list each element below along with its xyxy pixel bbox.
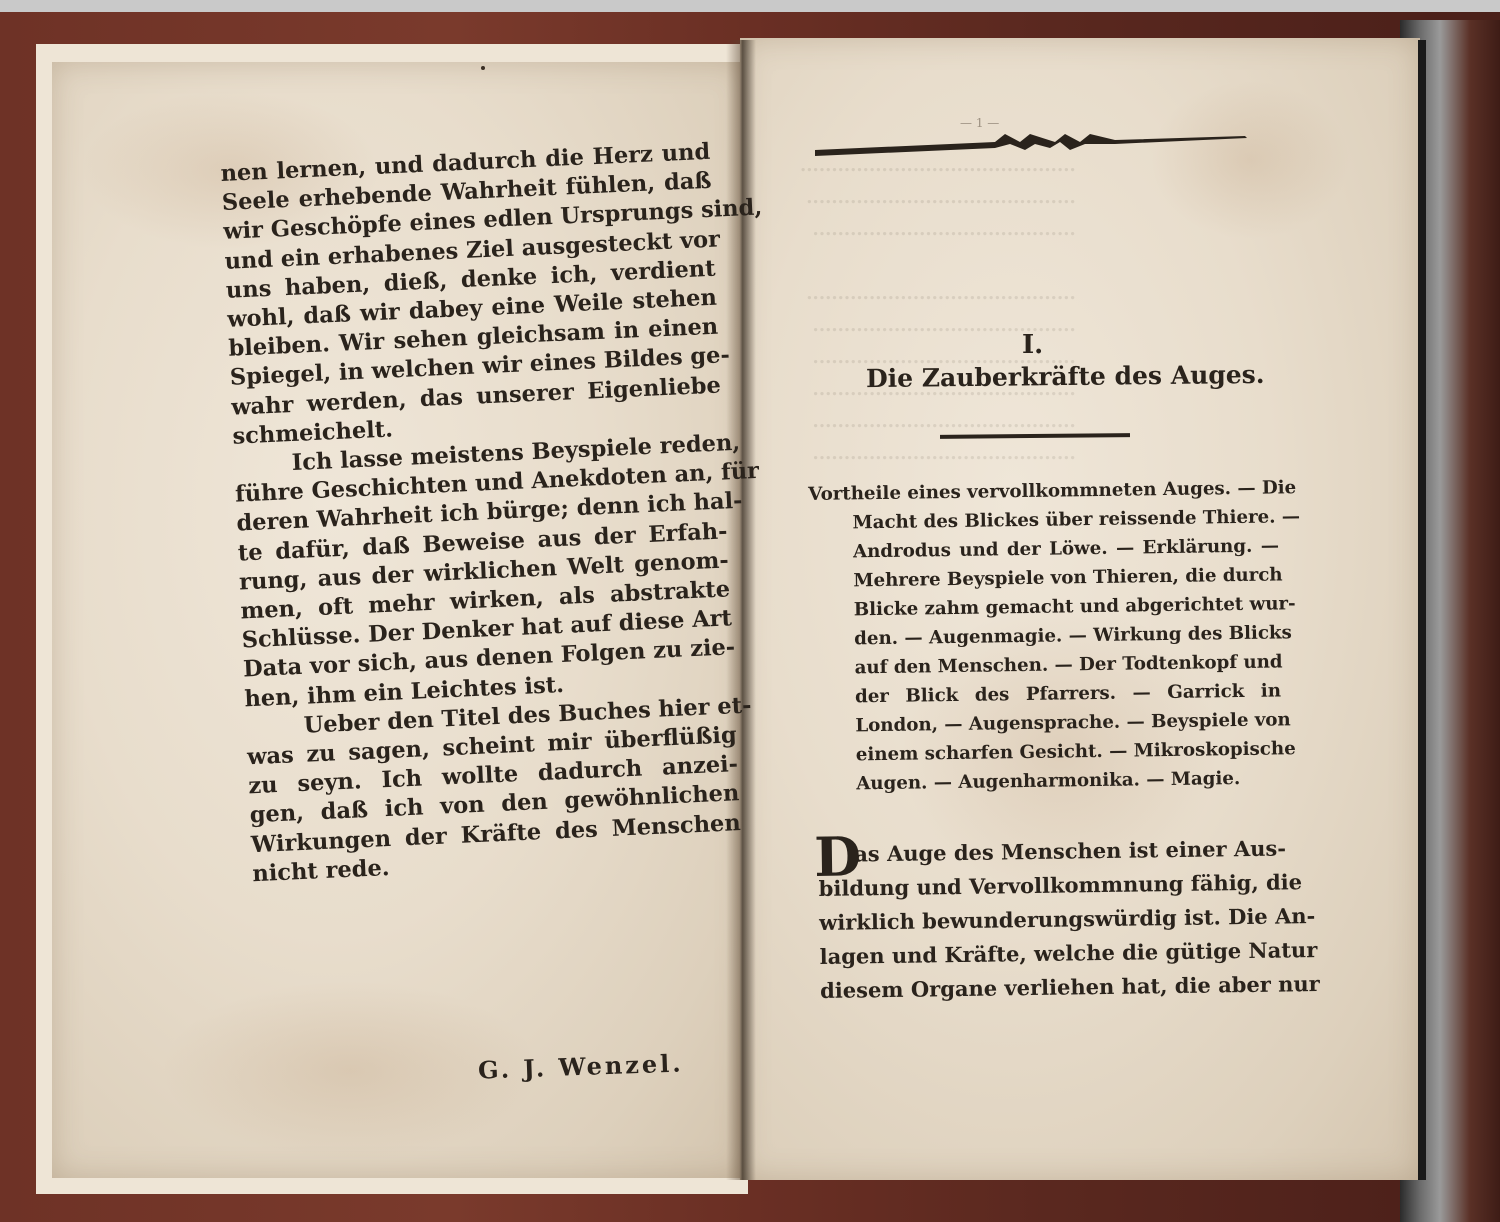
text-line: diesem Organe verliehen hat, die aber nu… xyxy=(820,968,1276,1008)
left-page-body: nen lernen, und dadurch die Herz und See… xyxy=(220,138,743,890)
right-page-body: D as Auge des Menschen ist einer Aus- bi… xyxy=(818,832,1276,1008)
chapter-summary: Vortheile eines vervollkommneten Auges. … xyxy=(808,473,1282,799)
ornamental-head-rule xyxy=(815,132,1247,158)
chapter-number: I. xyxy=(1022,330,1043,360)
page-fore-edge xyxy=(1418,40,1426,1180)
paper-stain xyxy=(1150,80,1350,240)
ink-speck xyxy=(481,66,485,70)
bleed-through-text: ........................................… xyxy=(800,150,1076,470)
drop-cap: D xyxy=(814,829,862,884)
chapter-title: Die Zauberkräfte des Auges. xyxy=(866,360,1265,393)
page-number: — 1 — xyxy=(960,116,999,130)
